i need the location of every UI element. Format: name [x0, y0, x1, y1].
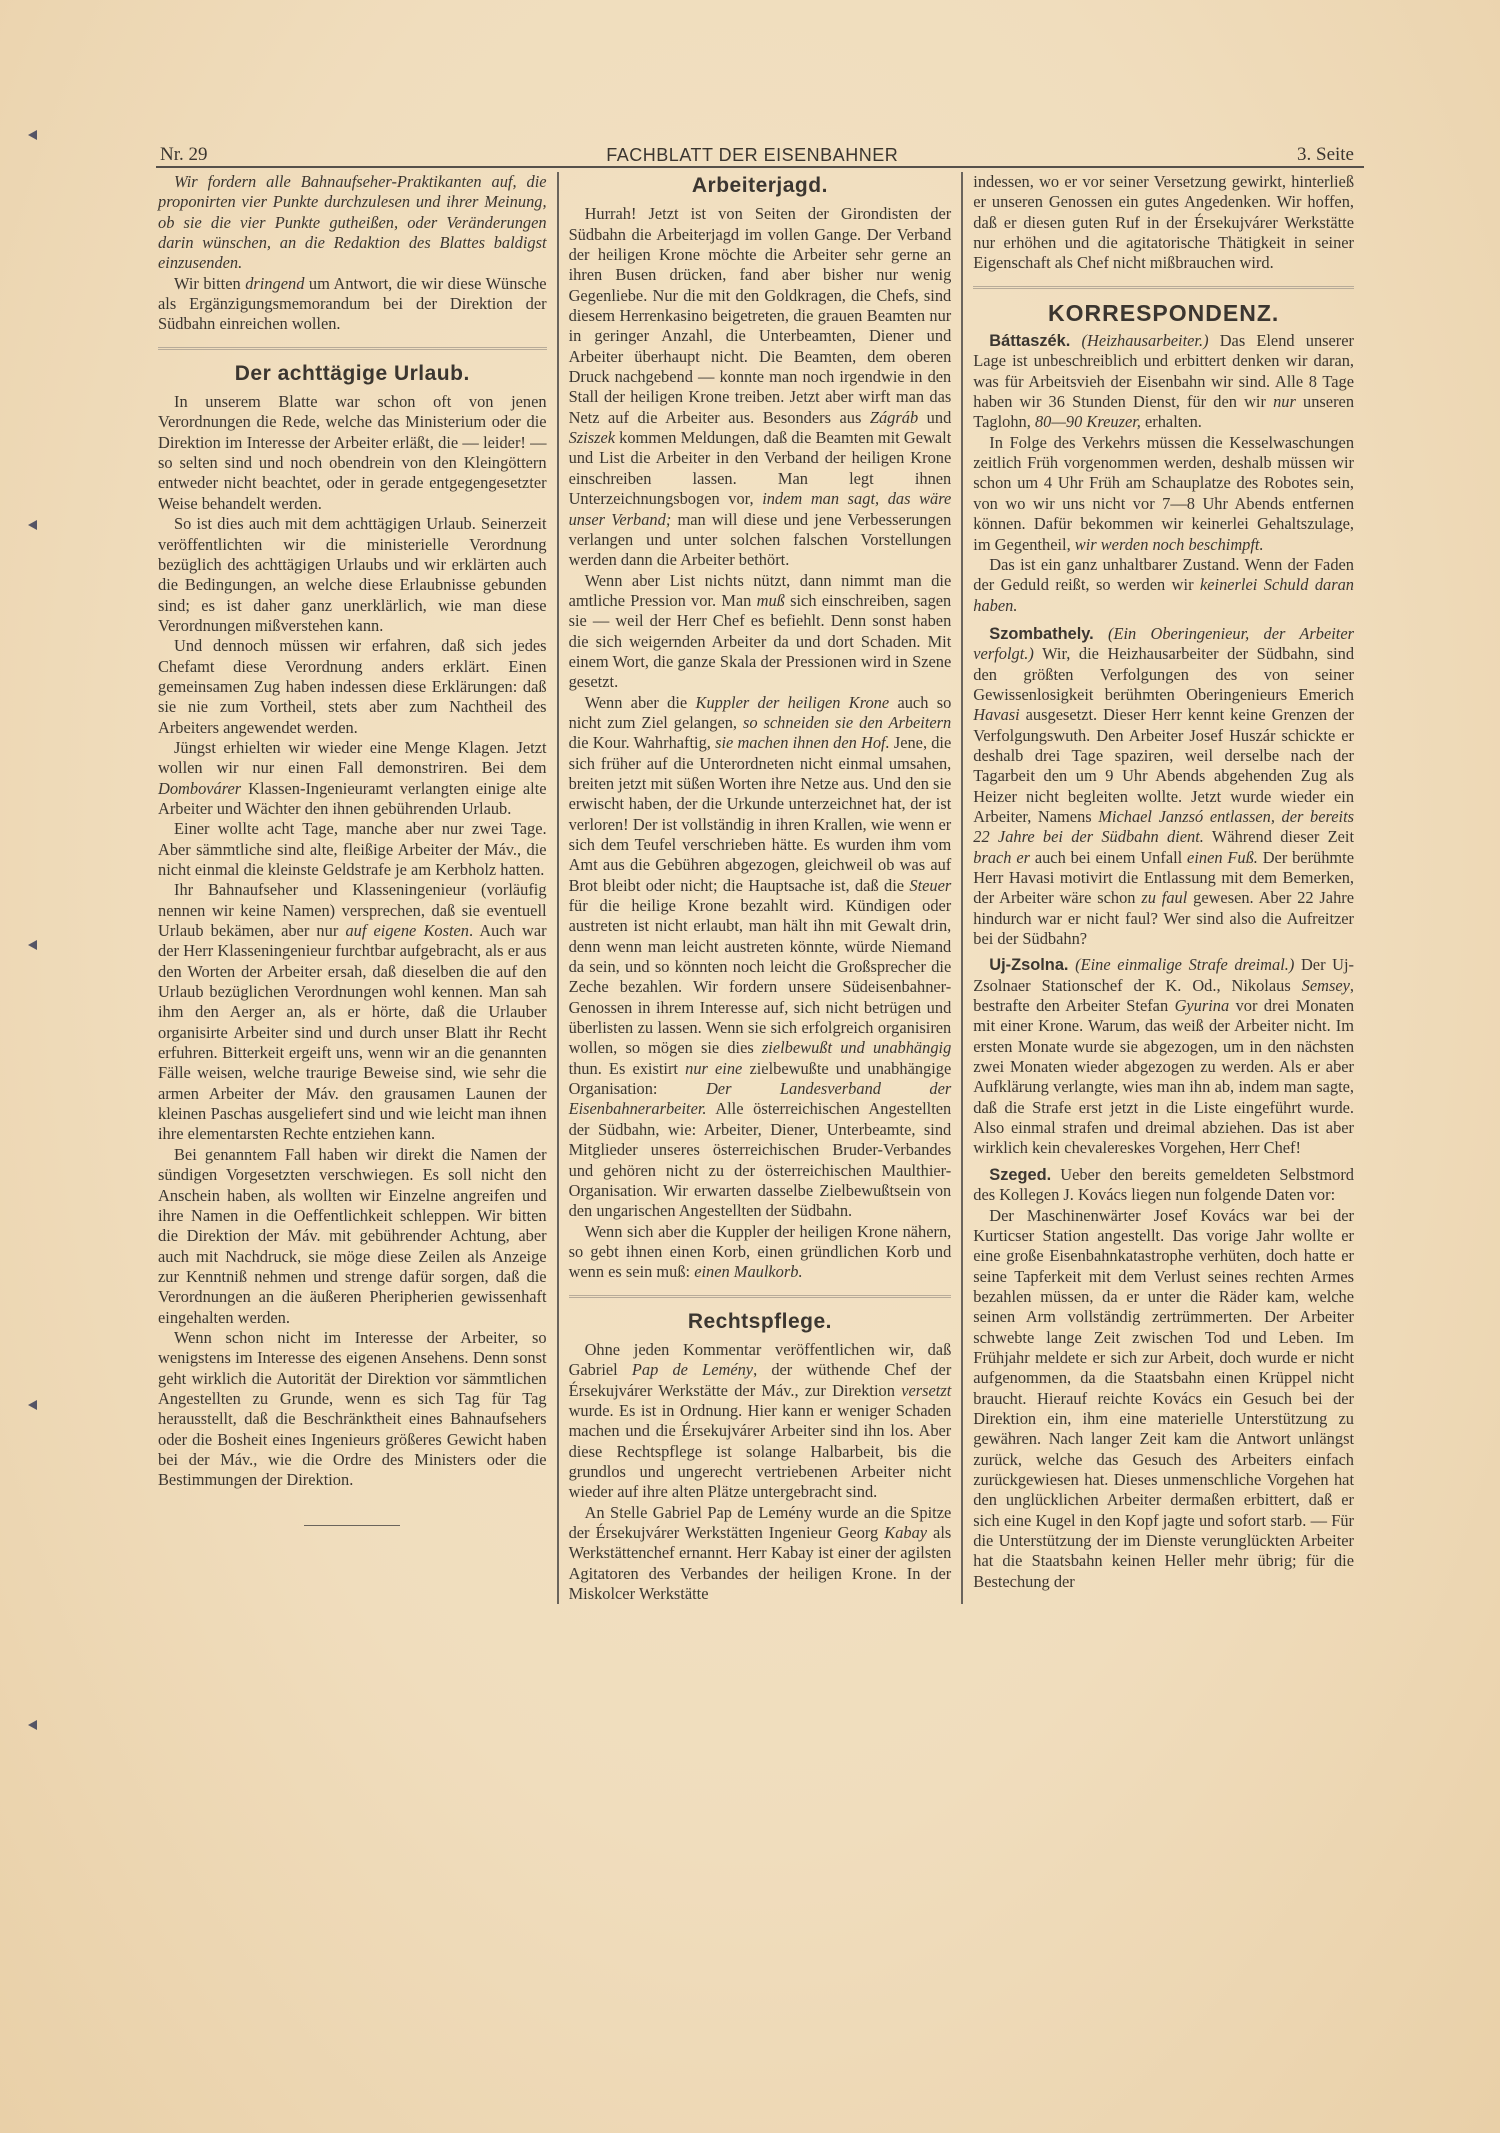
- newspaper-page: Nr. 29 FACHBLATT DER EISENBAHNER 3. Seit…: [156, 140, 1364, 1604]
- section-divider: [158, 347, 547, 350]
- paragraph: Wenn aber die Kuppler der heiligen Krone…: [569, 693, 952, 1222]
- paragraph: Wenn sich aber die Kuppler der heiligen …: [569, 1222, 952, 1283]
- paragraph: An Stelle Gabriel Pap de Lemény wurde an…: [569, 1503, 952, 1605]
- paragraph: Wenn aber List nichts nützt, dann nimmt …: [569, 571, 952, 693]
- article-title-rechtspflege: Rechtspflege.: [569, 1312, 952, 1332]
- paragraph: Wir bitten dringend um Antwort, die wir …: [158, 274, 547, 335]
- paragraph: indessen, wo er vor seiner Versetzung ge…: [973, 172, 1354, 274]
- binding-mark: [28, 940, 37, 950]
- paragraph: In Folge des Verkehrs müssen die Kesselw…: [973, 433, 1354, 555]
- column-left: Wir fordern alle Bahnaufseher-Praktikant…: [156, 172, 557, 1604]
- binding-mark: [28, 1400, 37, 1410]
- publication-title: FACHBLATT DER EISENBAHNER: [606, 145, 898, 166]
- report-battaszek: Báttaszék. (Heizhausarbeiter.) Das Elend…: [973, 331, 1354, 433]
- paragraph: Einer wollte acht Tage, manche aber nur …: [158, 819, 547, 880]
- binding-mark: [28, 130, 37, 140]
- page-header: Nr. 29 FACHBLATT DER EISENBAHNER 3. Seit…: [156, 140, 1364, 168]
- report-szeged: Szeged. Ueber den bereits gemeldeten Sel…: [973, 1165, 1354, 1206]
- page-number: 3. Seite: [1297, 144, 1354, 166]
- section-title-korrespondenz: KORRESPONDENZ.: [973, 303, 1354, 323]
- report-uj-zsolna: Uj-Zsolna. (Eine einmalige Strafe dreima…: [973, 955, 1354, 1158]
- section-divider: [973, 286, 1354, 289]
- article-title-urlaub: Der achttägige Urlaub.: [158, 364, 547, 384]
- paragraph: Und dennoch müssen wir erfahren, daß sic…: [158, 636, 547, 738]
- binding-mark: [28, 1720, 37, 1730]
- paragraph: Das ist ein ganz unhaltbarer Zustand. We…: [973, 555, 1354, 616]
- paragraph: Hurrah! Jetzt ist von Seiten der Girondi…: [569, 204, 952, 570]
- paragraph: Ihr Bahnaufseher und Klasseningenieur (v…: [158, 880, 547, 1144]
- paragraph: In unserem Blatte war schon oft von jene…: [158, 392, 547, 514]
- issue-number: Nr. 29: [160, 144, 208, 166]
- paragraph: Jüngst erhielten wir wieder eine Menge K…: [158, 738, 547, 819]
- article-title-arbeiterjagd: Arbeiterjagd.: [569, 176, 952, 196]
- paragraph: Bei genanntem Fall haben wir direkt die …: [158, 1145, 547, 1328]
- end-rule: [304, 1525, 400, 1526]
- paragraph: Ohne jeden Kommentar veröffentlichen wir…: [569, 1340, 952, 1503]
- binding-mark: [28, 520, 37, 530]
- paragraph: Wenn schon nicht im Interesse der Arbeit…: [158, 1328, 547, 1491]
- report-szombathely: Szombathely. (Ein Oberingenieur, der Arb…: [973, 624, 1354, 950]
- paragraph: Der Maschinenwärter Josef Kovács war bei…: [973, 1206, 1354, 1593]
- column-right: indessen, wo er vor seiner Versetzung ge…: [961, 172, 1364, 1604]
- section-divider: [569, 1295, 952, 1298]
- intro-italic: Wir fordern alle Bahnaufseher-Praktikant…: [158, 172, 547, 274]
- column-middle: Arbeiterjagd. Hurrah! Jetzt ist von Seit…: [557, 172, 962, 1604]
- paragraph: So ist dies auch mit dem achttägigen Url…: [158, 514, 547, 636]
